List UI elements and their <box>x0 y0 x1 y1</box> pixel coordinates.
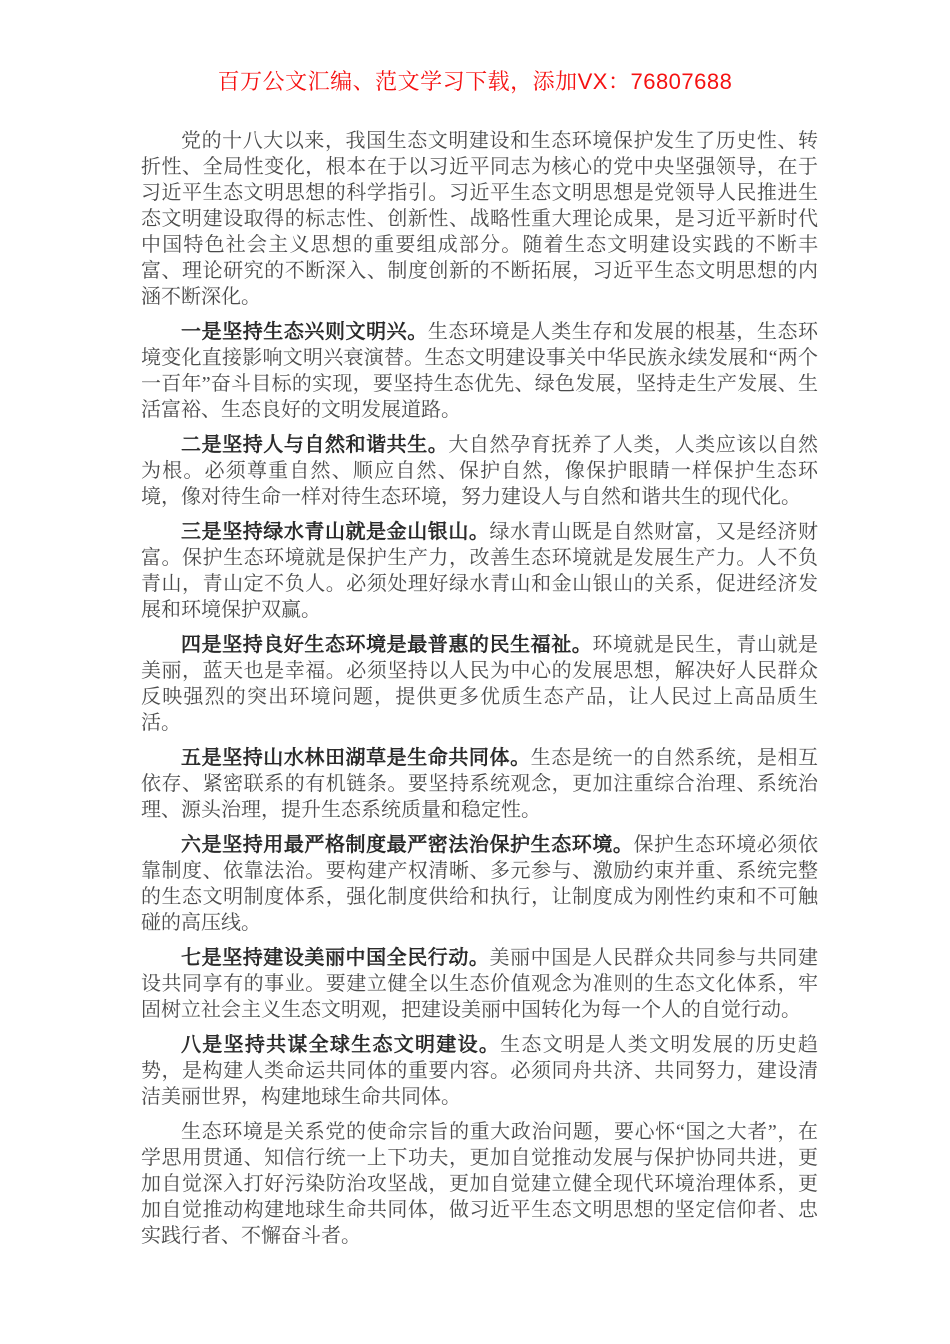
paragraph-point-1: 一是坚持生态兴则文明兴。生态环境是人类生存和发展的根基，生态环境变化直接影响文明… <box>141 319 818 423</box>
paragraph-lead: 二是坚持人与自然和谐共生。 <box>181 434 448 456</box>
paragraph-lead: 六是坚持用最严格制度最严密法治保护生态环境。 <box>181 834 633 856</box>
paragraph-lead: 三是坚持绿水青山就是金山银山。 <box>181 521 490 543</box>
paragraph-closing: 生态环境是关系党的使命宗旨的重大政治问题，要心怀“国之大者”，在学思用贯通、知信… <box>141 1119 818 1249</box>
paragraph-lead: 一是坚持生态兴则文明兴。 <box>181 321 428 343</box>
document-page: 百万公文汇编、范文学习下载，添加VX：76807688 党的十八大以来，我国生态… <box>0 0 950 1344</box>
paragraph-point-8: 八是坚持共谋全球生态文明建设。生态文明是人类文明发展的历史趋势，是构建人类命运共… <box>141 1032 818 1110</box>
paragraph-lead: 四是坚持良好生态环境是最普惠的民生福祉。 <box>181 634 592 656</box>
document-body: 党的十八大以来，我国生态文明建设和生态环境保护发生了历史性、转折性、全局性变化，… <box>141 128 818 1249</box>
paragraph-point-5: 五是坚持山水林田湖草是生命共同体。生态是统一的自然系统，是相互依存、紧密联系的有… <box>141 745 818 823</box>
paragraph-point-6: 六是坚持用最严格制度最严密法治保护生态环境。保护生态环境必须依靠制度、依靠法治。… <box>141 832 818 936</box>
paragraph-intro: 党的十八大以来，我国生态文明建设和生态环境保护发生了历史性、转折性、全局性变化，… <box>141 128 818 310</box>
paragraph-text: 党的十八大以来，我国生态文明建设和生态环境保护发生了历史性、转折性、全局性变化，… <box>141 130 818 308</box>
paragraph-text: 生态环境是关系党的使命宗旨的重大政治问题，要心怀“国之大者”，在学思用贯通、知信… <box>141 1121 818 1247</box>
paragraph-point-3: 三是坚持绿水青山就是金山银山。绿水青山既是自然财富，又是经济财富。保护生态环境就… <box>141 519 818 623</box>
paragraph-point-2: 二是坚持人与自然和谐共生。大自然孕育抚养了人类，人类应该以自然为根。必须尊重自然… <box>141 432 818 510</box>
paragraph-lead: 五是坚持山水林田湖草是生命共同体。 <box>181 747 531 769</box>
header-notice: 百万公文汇编、范文学习下载，添加VX：76807688 <box>0 68 950 96</box>
paragraph-lead: 八是坚持共谋全球生态文明建设。 <box>181 1034 500 1056</box>
paragraph-point-7: 七是坚持建设美丽中国全民行动。美丽中国是人民群众共同参与共同建设共同享有的事业。… <box>141 945 818 1023</box>
paragraph-lead: 七是坚持建设美丽中国全民行动。 <box>181 947 490 969</box>
paragraph-point-4: 四是坚持良好生态环境是最普惠的民生福祉。环境就是民生，青山就是美丽，蓝天也是幸福… <box>141 632 818 736</box>
